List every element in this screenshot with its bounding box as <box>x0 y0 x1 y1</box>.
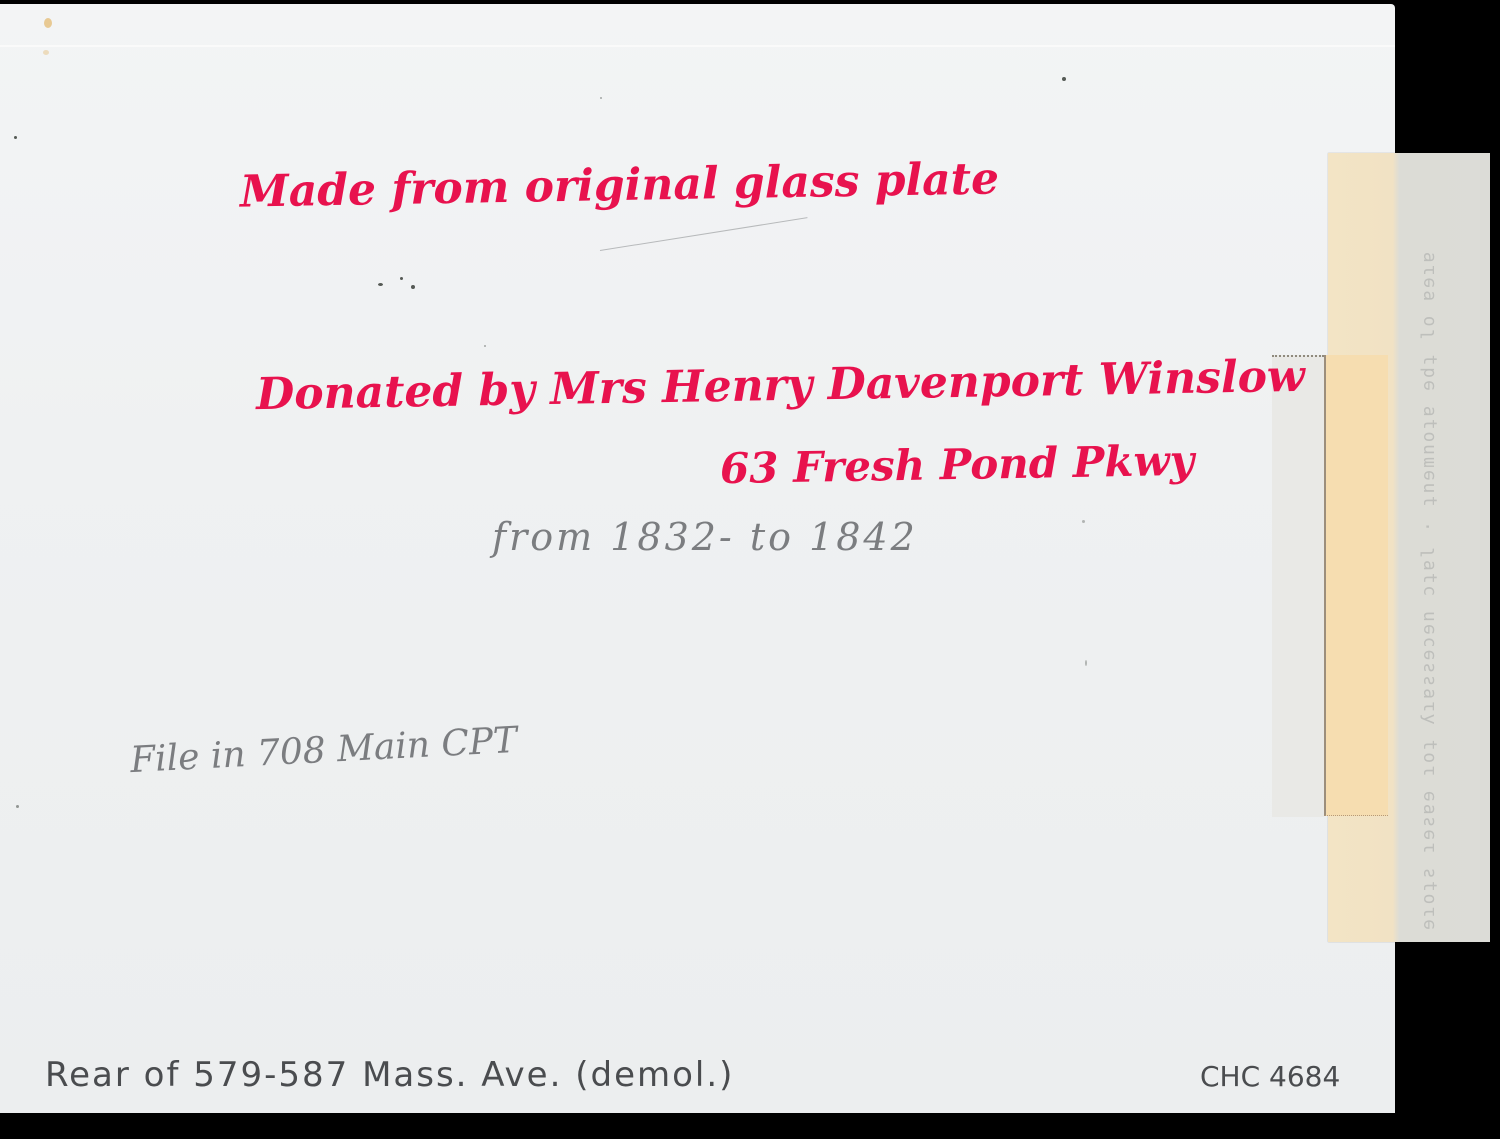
stain-spot <box>44 18 52 28</box>
tape-bleedthrough-text: ɘɿoʇƨ ɿɘƨɐɘ ɿoʇ ʎɿɐƨƨɘɔɘn ɔʇɐl · ʇnɘmnoʇ… <box>1418 170 1478 930</box>
speck <box>1085 660 1087 666</box>
photo-caption: Rear of 579-587 Mass. Ave. (demol.) <box>45 1055 734 1095</box>
speck <box>484 345 486 347</box>
speck <box>14 136 17 139</box>
speck <box>1062 77 1066 81</box>
speck <box>400 277 403 280</box>
stain-spot <box>43 50 49 55</box>
catalog-number: CHC 4684 <box>1200 1060 1340 1093</box>
date-range-note: from 1832- to 1842 <box>492 515 918 559</box>
speck <box>16 805 19 808</box>
speck <box>411 285 415 289</box>
tape-strip-inner-right <box>1324 355 1388 816</box>
speck <box>378 283 383 286</box>
speck <box>1082 520 1085 523</box>
speck <box>600 97 602 99</box>
donor-address: 63 Fresh Pond Pkwy <box>720 436 1195 493</box>
card-crease-line <box>0 45 1395 47</box>
tape-strip-inner-left <box>1272 355 1324 817</box>
